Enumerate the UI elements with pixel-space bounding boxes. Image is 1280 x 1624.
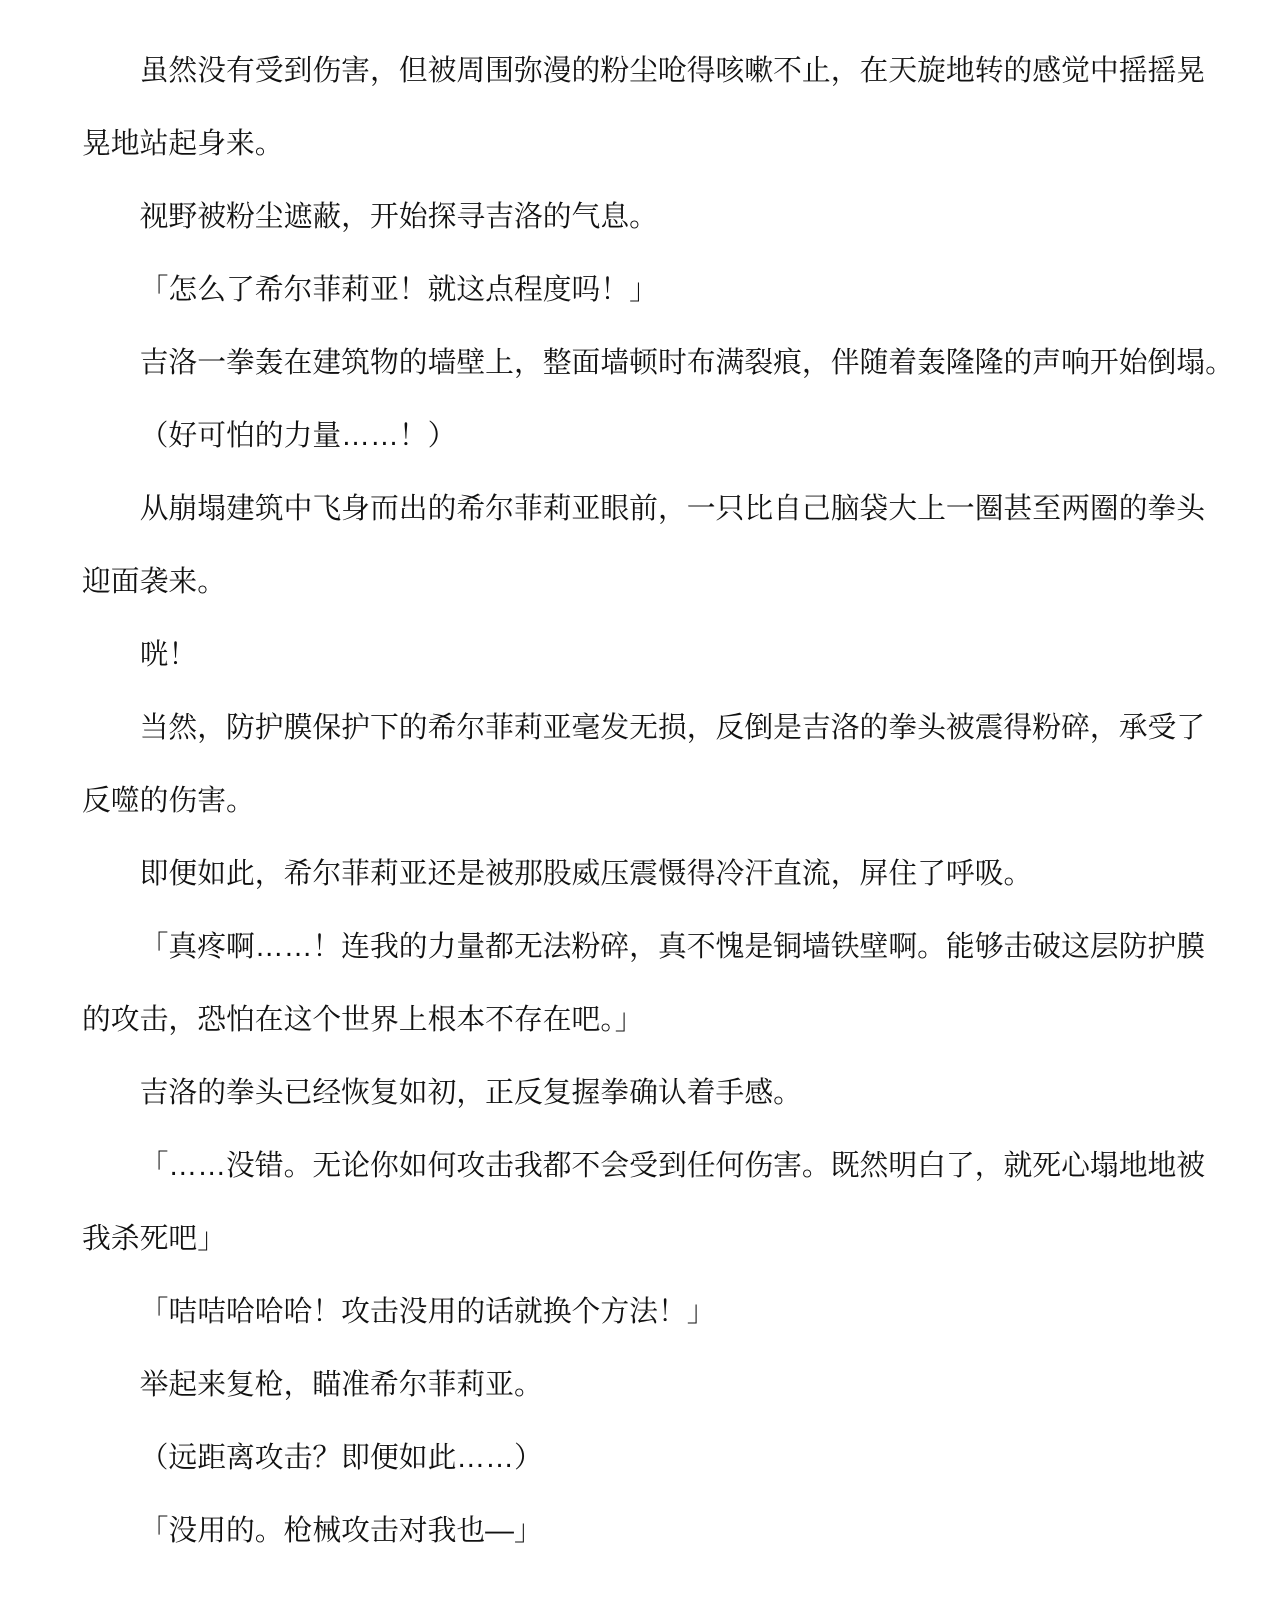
text-line: 即便如此，希尔菲莉亚还是被那股威压震慑得冷汗直流，屏住了呼吸。 [82, 838, 1220, 911]
text-line: 我杀死吧」 [82, 1203, 1220, 1276]
text-line: 当然，防护膜保护下的希尔菲莉亚毫发无损，反倒是吉洛的拳头被震得粉碎，承受了 [82, 692, 1220, 765]
text-line: 虽然没有受到伤害，但被周围弥漫的粉尘呛得咳嗽不止，在天旋地转的感觉中摇摇晃 [82, 35, 1220, 108]
text-line: （远距离攻击？即便如此……） [82, 1422, 1220, 1495]
text-line: 的攻击，恐怕在这个世界上根本不存在吧。」 [82, 984, 1220, 1057]
text-line: 咣！ [82, 619, 1220, 692]
text-line: 吉洛一拳轰在建筑物的墙壁上，整面墙顿时布满裂痕，伴随着轰隆隆的声响开始倒塌。 [82, 327, 1220, 400]
text-line: 视野被粉尘遮蔽，开始探寻吉洛的气息。 [82, 181, 1220, 254]
document-page: 虽然没有受到伤害，但被周围弥漫的粉尘呛得咳嗽不止，在天旋地转的感觉中摇摇晃晃地站… [0, 0, 1280, 1624]
text-line: 迎面袭来。 [82, 546, 1220, 619]
text-line: 「真疼啊……！连我的力量都无法粉碎，真不愧是铜墙铁壁啊。能够击破这层防护膜 [82, 911, 1220, 984]
text-line: 「……没错。无论你如何攻击我都不会受到任何伤害。既然明白了，就死心塌地地被 [82, 1130, 1220, 1203]
text-line: 晃地站起身来。 [82, 108, 1220, 181]
text-line: 「怎么了希尔菲莉亚！就这点程度吗！」 [82, 254, 1220, 327]
text-line: 吉洛的拳头已经恢复如初，正反复握拳确认着手感。 [82, 1057, 1220, 1130]
text-line: 从崩塌建筑中飞身而出的希尔菲莉亚眼前，一只比自己脑袋大上一圈甚至两圈的拳头 [82, 473, 1220, 546]
text-line: 「没用的。枪械攻击对我也—」 [82, 1495, 1220, 1568]
text-line: 反噬的伤害。 [82, 765, 1220, 838]
text-line: 「咭咭哈哈哈！攻击没用的话就换个方法！」 [82, 1276, 1220, 1349]
text-line: （好可怕的力量……！） [82, 400, 1220, 473]
text-line: 举起来复枪，瞄准希尔菲莉亚。 [82, 1349, 1220, 1422]
text-content: 虽然没有受到伤害，但被周围弥漫的粉尘呛得咳嗽不止，在天旋地转的感觉中摇摇晃晃地站… [82, 35, 1220, 1568]
